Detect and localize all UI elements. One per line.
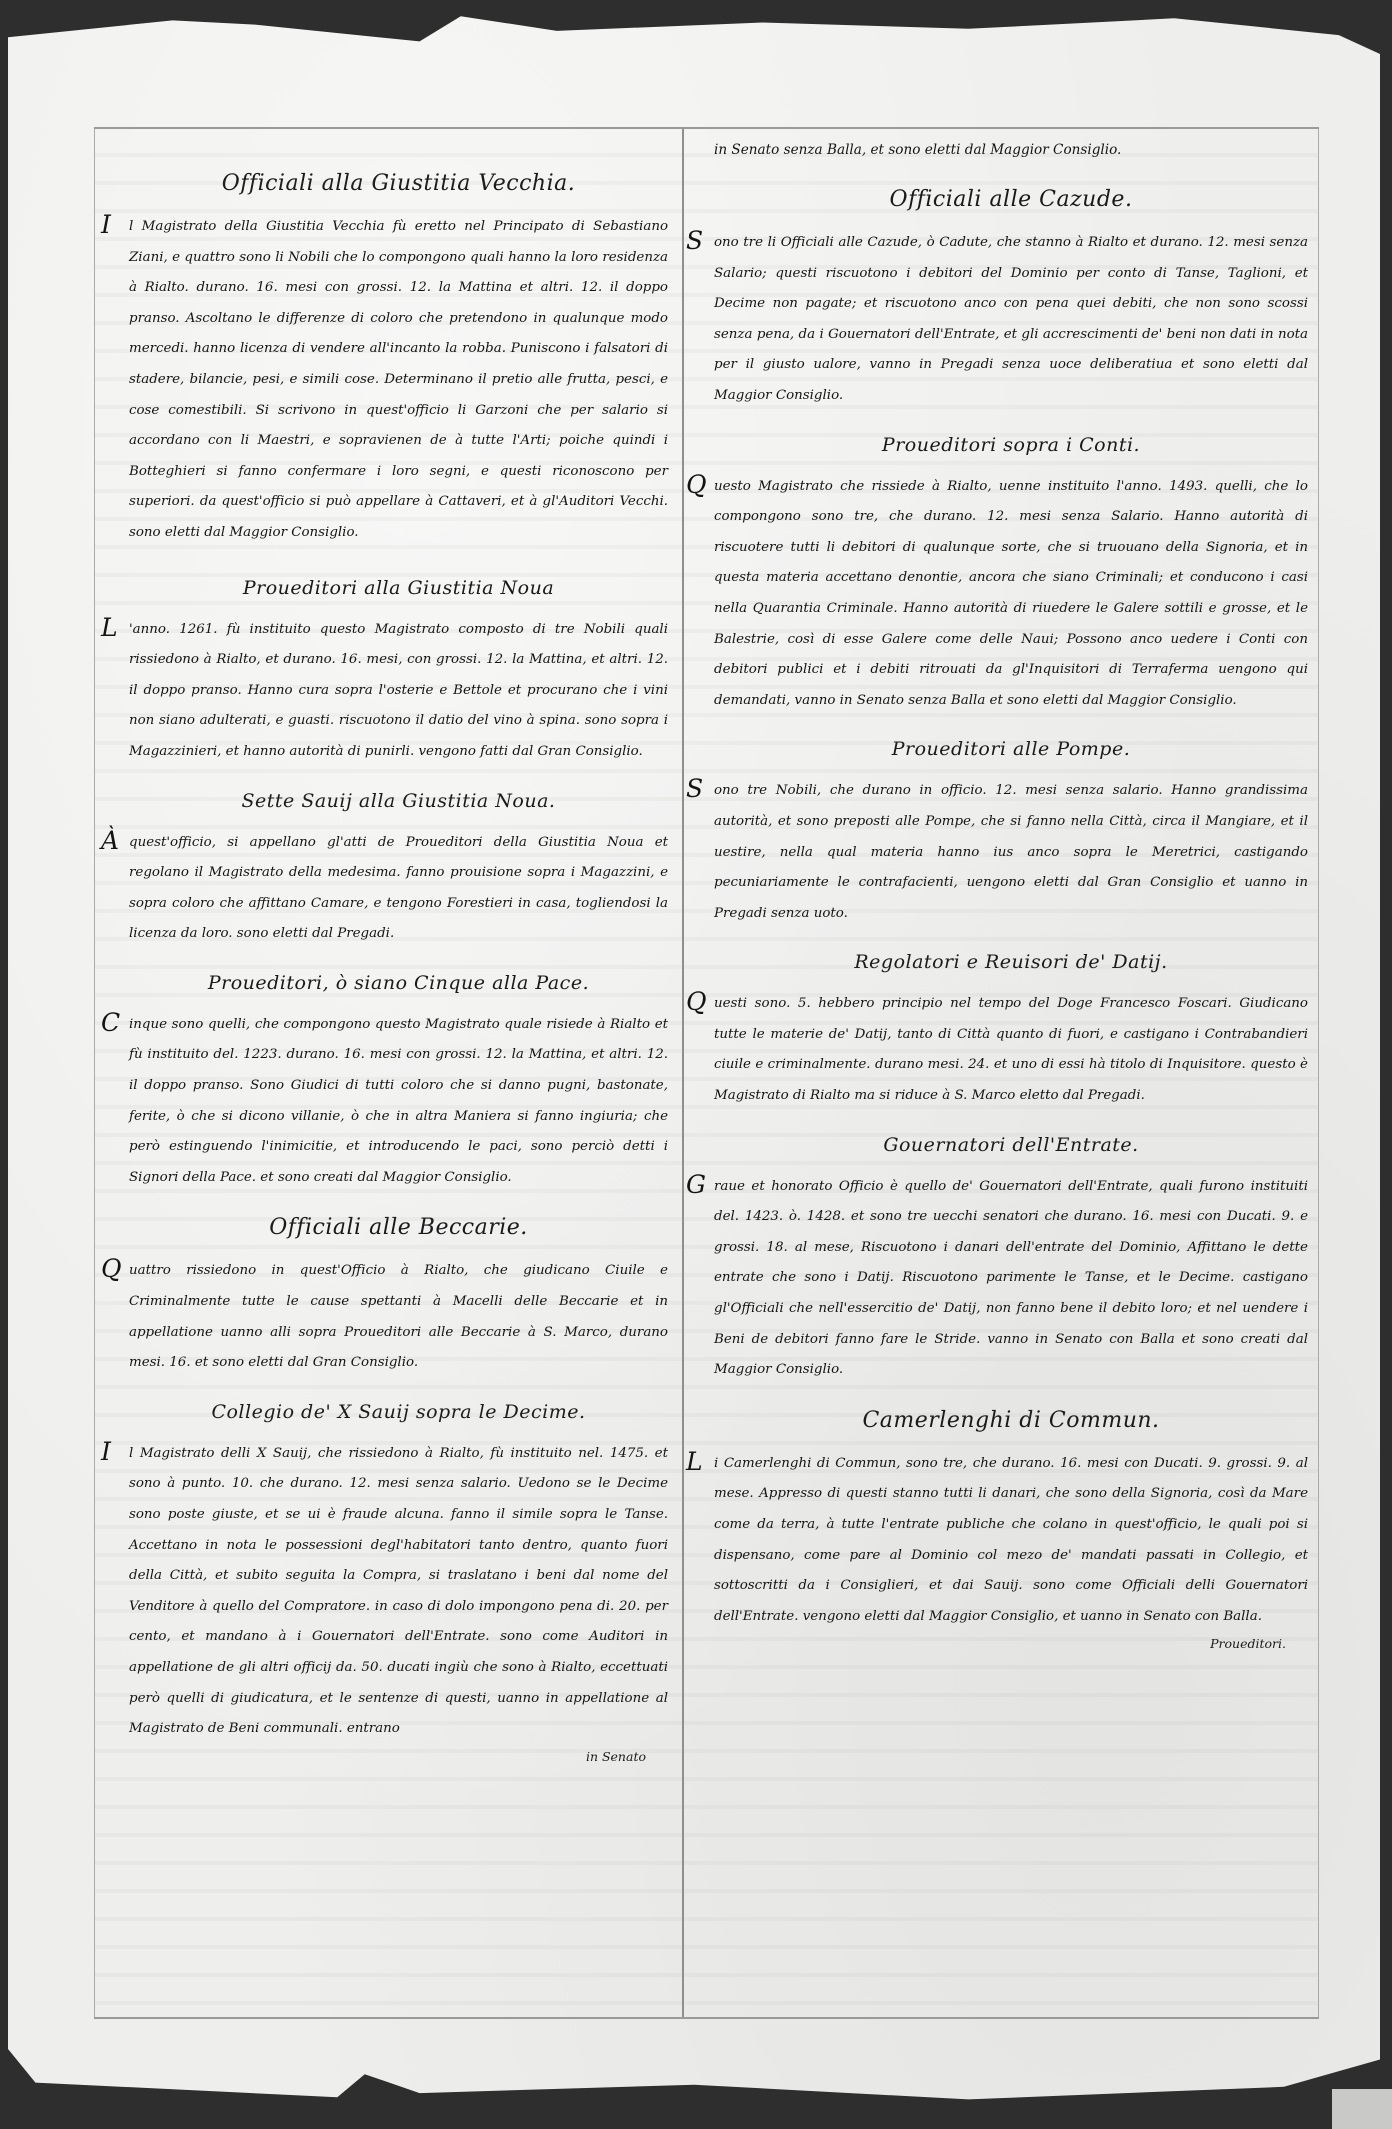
body-text: ono tre li Officiali alle Cazude, ò Cadu… [714, 235, 1308, 403]
section: Officiali alle Cazude. Sono tre li Offic… [714, 187, 1308, 412]
section-body: Quattro rissiedono in quest'Officio à Ri… [129, 1256, 668, 1378]
drop-initial: I [101, 1437, 111, 1468]
drop-initial: Q [686, 470, 707, 501]
section-heading: Proueditori sopra i Conti. [714, 434, 1308, 456]
drop-initial: L [686, 1447, 703, 1478]
drop-initial: Q [686, 987, 707, 1018]
section-heading: Officiali alle Cazude. [714, 187, 1308, 212]
section: Proueditori sopra i Conti. Questo Magist… [714, 434, 1308, 717]
body-text: inque sono quelli, che compongono questo… [129, 1017, 668, 1185]
manuscript-page: Officiali alla Giustitia Vecchia. Il Mag… [8, 12, 1380, 2112]
section: Proueditori alla Giustitia Noua L'anno. … [129, 577, 668, 768]
section-body: À quest'officio, si appellano gl'atti de… [129, 828, 668, 950]
section-heading: Collegio de' X Sauij sopra le Decime. [129, 1401, 668, 1423]
section-body: Li Camerlenghi di Commun, sono tre, che … [714, 1449, 1308, 1633]
section-heading: Sette Sauij alla Giustitia Noua. [129, 790, 668, 812]
section: Officiali alle Beccarie. Quattro rissied… [129, 1215, 668, 1378]
section-heading: Proueditori alla Giustitia Noua [129, 577, 668, 599]
right-column: in Senato senza Balla, et sono eletti da… [684, 129, 1319, 2017]
drop-initial: L [101, 613, 118, 644]
body-text: 'anno. 1261. fù instituito questo Magist… [129, 622, 668, 759]
left-column: Officiali alla Giustitia Vecchia. Il Mag… [94, 129, 684, 2017]
section: Proueditori, ò siano Cinque alla Pace. C… [129, 972, 668, 1194]
section-body: L'anno. 1261. fù instituito questo Magis… [129, 615, 668, 768]
section: Proueditori alle Pompe. Sono tre Nobili,… [714, 738, 1308, 929]
section-body: Il Magistrato della Giustitia Vecchia fù… [129, 212, 668, 549]
section-heading: Camerlenghi di Commun. [714, 1408, 1308, 1433]
body-text: raue et honorato Officio è quello de' Go… [714, 1179, 1308, 1378]
section-body: Sono tre Nobili, che durano in officio. … [714, 776, 1308, 929]
section-body: Il Magistrato delli X Sauij, che rissied… [129, 1439, 668, 1745]
carryover-line: in Senato senza Balla, et sono eletti da… [714, 135, 1308, 165]
drop-initial: S [686, 226, 703, 257]
paper-corner [1332, 2089, 1392, 2129]
section-body: Graue et honorato Officio è quello de' G… [714, 1172, 1308, 1386]
section-heading: Officiali alla Giustitia Vecchia. [129, 171, 668, 196]
body-text: uesto Magistrato che rissiede à Rialto, … [714, 479, 1308, 708]
section-body: Cinque sono quelli, che compongono quest… [129, 1010, 668, 1194]
drop-initial: Q [101, 1254, 122, 1285]
drop-initial: S [686, 774, 703, 805]
body-text: ono tre Nobili, che durano in officio. 1… [714, 783, 1308, 920]
section-body: Questo Magistrato che rissiede à Rialto,… [714, 472, 1308, 717]
catchword: Proueditori. [714, 1636, 1308, 1651]
section: Regolatori e Reuisori de' Datij. Questi … [714, 951, 1308, 1111]
section-heading: Regolatori e Reuisori de' Datij. [714, 951, 1308, 973]
body-text: quest'officio, si appellano gl'atti de P… [129, 835, 668, 942]
section-heading: Gouernatori dell'Entrate. [714, 1134, 1308, 1156]
ruled-text-frame: Officiali alla Giustitia Vecchia. Il Mag… [94, 127, 1319, 2019]
drop-initial: I [101, 210, 111, 241]
body-text: i Camerlenghi di Commun, sono tre, che d… [714, 1456, 1308, 1624]
body-text: uattro rissiedono in quest'Officio à Ria… [129, 1263, 668, 1370]
section-heading: Officiali alle Beccarie. [129, 1215, 668, 1240]
drop-initial: C [101, 1008, 120, 1039]
paper-tear [1300, 12, 1380, 28]
section: Camerlenghi di Commun. Li Camerlenghi di… [714, 1408, 1308, 1633]
drop-initial: G [686, 1170, 706, 1201]
section: Gouernatori dell'Entrate. Graue et honor… [714, 1134, 1308, 1386]
body-text: l Magistrato delli X Sauij, che rissiedo… [129, 1446, 668, 1736]
section-body: Questi sono. 5. hebbero principio nel te… [714, 989, 1308, 1111]
section: Officiali alla Giustitia Vecchia. Il Mag… [129, 171, 668, 549]
section-heading: Proueditori alle Pompe. [714, 738, 1308, 760]
section: Sette Sauij alla Giustitia Noua. À quest… [129, 790, 668, 950]
body-text: uesti sono. 5. hebbero principio nel tem… [714, 996, 1308, 1103]
body-text: l Magistrato della Giustitia Vecchia fù … [129, 219, 668, 540]
section: Collegio de' X Sauij sopra le Decime. Il… [129, 1401, 668, 1745]
drop-initial: À [101, 826, 119, 857]
section-heading: Proueditori, ò siano Cinque alla Pace. [129, 972, 668, 994]
section-body: Sono tre li Officiali alle Cazude, ò Cad… [714, 228, 1308, 412]
catchword: in Senato [129, 1749, 668, 1764]
